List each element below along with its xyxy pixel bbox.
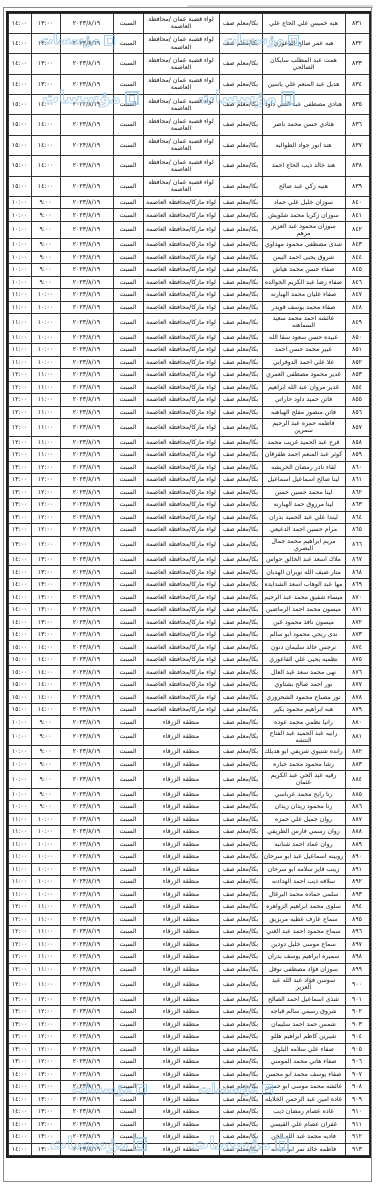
day: السبت: [113, 1131, 143, 1144]
row-number: ٨٤١: [345, 209, 369, 222]
candidate-name: هند انور جواد الطوالبه: [262, 135, 345, 155]
table-row: ٨٩١زينب فايز سلامه ابو سرحانبكا/معلم صفم…: [8, 863, 369, 876]
time-to: ١٤:٠٠: [8, 74, 31, 94]
district: لواء ماركا/محافظة العاصمة: [143, 653, 219, 666]
time-to: ١٣:٠٠: [8, 993, 31, 1006]
day: السبت: [113, 74, 143, 94]
time-from: ١٠:٠٠: [31, 813, 60, 826]
table-row: ٩٠٢شروق رسمي سالم قباجهبكا/معلم صفمنطقة …: [8, 1006, 369, 1019]
qualification: بكا/معلم صف: [219, 369, 262, 382]
time-to: ١٥:٠٠: [8, 176, 31, 196]
qualification: بكا/معلم صف: [219, 54, 262, 74]
row-number: ٨٣٣: [345, 54, 369, 74]
qualification: بكا/معلم صف: [219, 156, 262, 176]
district: لواء ماركا/محافظة العاصمة: [143, 314, 219, 331]
candidate-name: سماح عارف عطيه مربزيق: [262, 913, 345, 926]
row-number: ٨٦٣: [345, 499, 369, 512]
day: السبت: [113, 524, 143, 537]
table-row: ٨٣٩هنيه زكي عبد صالحبكا/معلم صفلواء قصبة…: [8, 176, 369, 196]
district: منطقة الزرقاء: [143, 746, 219, 759]
qualification: بكا/معلم صف: [219, 524, 262, 537]
row-number: ٩٠٩: [345, 1093, 369, 1106]
table-row: ٨٧٩هبه ابراهيم محمود بكيربكا/معلم صفلواء…: [8, 703, 369, 716]
time-from: ١٢:٠٠: [31, 1056, 60, 1069]
row-number: ٨٦٢: [345, 486, 369, 499]
candidate-name: مرام حسين احمد الدعيعي: [262, 524, 345, 537]
table-row: ٨٦٧ملاك اسعد عبد الخالق حواسبكا/معلم صفل…: [8, 553, 369, 566]
qualification: بكا/معلم صف: [219, 678, 262, 691]
qualification: بكا/معلم صف: [219, 95, 262, 115]
interview-date: ٢٠٢٣/٨/١٩: [60, 381, 113, 394]
interview-date: ٢٠٢٣/٨/١٩: [60, 499, 113, 512]
time-to: ١٤:٠٠: [8, 578, 31, 591]
row-number: ٨٩٧: [345, 938, 369, 951]
district: لواء قصبة عمان /محافظة العاصمة: [143, 176, 219, 196]
interview-date: ٢٠٢٣/٨/١٩: [60, 331, 113, 344]
qualification: بكا/معلم صف: [219, 746, 262, 759]
qualification: بكا/معلم صف: [219, 301, 262, 314]
day: السبت: [113, 419, 143, 436]
time-from: ١٣:٠٠: [31, 1118, 60, 1131]
interview-date: ٢٠٢٣/٨/١٩: [60, 666, 113, 679]
district: منطقة الزرقاء: [143, 1068, 219, 1081]
candidate-name: صفاء رضا عبد الكريم الخوالده: [262, 276, 345, 289]
qualification: بكا/معلم صف: [219, 209, 262, 222]
table-row: ٨٩٧سماح موسى خليل دودينبكا/معلم صفمنطقة …: [8, 938, 369, 951]
qualification: بكا/معلم صف: [219, 239, 262, 252]
qualification: بكا/معلم صف: [219, 13, 262, 33]
time-to: ١٤:٠٠: [8, 553, 31, 566]
time-from: ١٠:٠٠: [31, 289, 60, 302]
day: السبت: [113, 486, 143, 499]
time-to: ١٣:٠٠: [8, 511, 31, 524]
qualification: بكا/معلم صف: [219, 578, 262, 591]
candidate-name: ميسون نافذ محمود غبن: [262, 616, 345, 629]
day: السبت: [113, 641, 143, 654]
interview-date: ٢٠٢٣/٨/١٩: [60, 449, 113, 462]
qualification: بكا/معلم صف: [219, 406, 262, 419]
candidate-name: هبه عمر صالح الناعوري: [262, 33, 345, 53]
district: لواء ماركا/محافظة العاصمة: [143, 666, 219, 679]
table-row: ٨٣٢هبه عمر صالح الناعوريبكا/معلم صفلواء …: [8, 33, 369, 53]
interview-date: ٢٠٢٣/٨/١٩: [60, 1056, 113, 1069]
time-to: ١٢:٠٠: [8, 913, 31, 926]
time-to: ١٣:٠٠: [8, 536, 31, 553]
time-to: ١٤:٠٠: [8, 603, 31, 616]
district: لواء ماركا/محافظة العاصمة: [143, 301, 219, 314]
interview-date: ٢٠٢٣/٨/١٩: [60, 616, 113, 629]
candidate-name: عبيده حسن سعود سقا الله: [262, 331, 345, 344]
time-to: ١٢:٠٠: [8, 976, 31, 993]
table-row: ٨٣٥هنادي مصطفى عبد الغني داودبكا/معلم صف…: [8, 95, 369, 115]
day: السبت: [113, 746, 143, 759]
time-from: ١٢:٠٠: [31, 993, 60, 1006]
qualification: بكا/معلم صف: [219, 1006, 262, 1019]
qualification: بكا/معلم صف: [219, 976, 262, 993]
candidate-name: شروق يحيى احمد اليمن: [262, 251, 345, 264]
time-from: ١٢:٠٠: [31, 461, 60, 474]
day: السبت: [113, 474, 143, 487]
district: منطقة الزرقاء: [143, 788, 219, 801]
day: السبت: [113, 553, 143, 566]
candidate-name: غفران عصام علي القيسي: [262, 1118, 345, 1131]
candidate-name: ندى ربحي محمود ابو سالم: [262, 628, 345, 641]
district: منطقة الزرقاء: [143, 901, 219, 914]
district: لواء ماركا/محافظة العاصمة: [143, 264, 219, 277]
row-number: ٨٥٨: [345, 436, 369, 449]
district: منطقة الزرقاء: [143, 1006, 219, 1019]
table-row: ٨٤٣شذى مصطفى محمود مهداويبكا/معلم صفلواء…: [8, 239, 369, 252]
table-row: ٨٤٧صفاء عليان محمد الهبارنهبكا/معلم صفلو…: [8, 289, 369, 302]
time-to: ١٠:٠٠: [8, 264, 31, 277]
interview-date: ٢٠٢٣/٨/١٩: [60, 716, 113, 729]
candidate-name: همت عبد المطلب سايكان الصالحي: [262, 54, 345, 74]
qualification: بكا/معلم صف: [219, 653, 262, 666]
qualification: بكا/معلم صف: [219, 591, 262, 604]
row-number: ٨٤٧: [345, 289, 369, 302]
interview-date: ٢٠٢٣/٨/١٩: [60, 963, 113, 976]
candidate-name: هند خالد ذيب الحاج احمد: [262, 156, 345, 176]
time-to: ١٢:٠٠: [8, 951, 31, 964]
interview-date: ٢٠٢٣/٨/١٩: [60, 1093, 113, 1106]
interview-date: ٢٠٢٣/٨/١٩: [60, 301, 113, 314]
candidate-name: شيرين كاظم ابراهيم هللو: [262, 1031, 345, 1044]
time-from: ١٣:٠٠: [31, 553, 60, 566]
qualification: بكا/معلم صف: [219, 993, 262, 1006]
district: لواء قصبة عمان /محافظة العاصمة: [143, 135, 219, 155]
interview-date: ٢٠٢٣/٨/١٩: [60, 678, 113, 691]
qualification: بكا/معلم صف: [219, 1043, 262, 1056]
district: لواء قصبة عمان /محافظة العاصمة: [143, 74, 219, 94]
interview-date: ٢٠٢٣/٨/١٩: [60, 536, 113, 553]
interview-date: ٢٠٢٣/٨/١٩: [60, 913, 113, 926]
interview-date: ٢٠٢٣/٨/١٩: [60, 264, 113, 277]
district: منطقة الزرقاء: [143, 826, 219, 839]
qualification: بكا/معلم صف: [219, 1093, 262, 1106]
candidate-name: فاتن حميد داود حاراتي: [262, 394, 345, 407]
time-from: ١٣:٠٠: [31, 13, 60, 33]
time-to: ١٠:٠٠: [8, 196, 31, 209]
table-row: ٨٣٨هند خالد ذيب الحاج احمدبكا/معلم صفلوا…: [8, 156, 369, 176]
district: منطقة الزرقاء: [143, 851, 219, 864]
table-row: ٨٩٢سلافه ذيب احمد الهدادنهبكا/معلم صفمنط…: [8, 876, 369, 889]
table-row: ٨٣٣همت عبد المطلب سايكان الصالحيبكا/معلم…: [8, 54, 369, 74]
district: لواء ماركا/محافظة العاصمة: [143, 678, 219, 691]
interview-date: ٢٠٢٣/٨/١٩: [60, 566, 113, 579]
time-from: ١١:٠٠: [31, 963, 60, 976]
table-row: ٨٦٣لينا مرزوق حمد الهبارنهبكا/معلم صفلوا…: [8, 499, 369, 512]
table-row: ٨٧٨نور مصباح محمود الشحروريبكا/معلم صفلو…: [8, 691, 369, 704]
qualification: بكا/معلم صف: [219, 1081, 262, 1094]
candidate-name: روبينه اسماعيل عبد ابو سرحان: [262, 851, 345, 864]
table-row: ٨٧٠ميساء شفيق محمد عبد الرحيمبكا/معلم صف…: [8, 591, 369, 604]
qualification: بكا/معلم صف: [219, 276, 262, 289]
row-number: ٨٥٥: [345, 394, 369, 407]
interview-date: ٢٠٢٣/٨/١٩: [60, 1018, 113, 1031]
candidate-name: فاطمه خالد نمر ابو عيشه: [262, 1143, 345, 1156]
row-number: ٨٤٨: [345, 301, 369, 314]
qualification: بكا/معلم صف: [219, 461, 262, 474]
candidate-name: رانيه عبد الحميد عبد الفتاح النتشه: [262, 728, 345, 745]
row-number: ٨٧٦: [345, 666, 369, 679]
row-number: ٨٤٦: [345, 276, 369, 289]
row-number: ٩٠٥: [345, 1043, 369, 1056]
district: منطقة الزرقاء: [143, 938, 219, 951]
table-row: ٨٥١عبير محمد حسن احمدبكا/معلم صفلواء مار…: [8, 344, 369, 357]
time-from: ١١:٠٠: [31, 901, 60, 914]
qualification: بكا/معلم صف: [219, 788, 262, 801]
row-number: ٨٩٢: [345, 876, 369, 889]
day: السبت: [113, 156, 143, 176]
day: السبت: [113, 1018, 143, 1031]
table-row: ٨٥٩كوثر عبد المنعم احمد طقزقانبكا/معلم ص…: [8, 449, 369, 462]
day: السبت: [113, 1056, 143, 1069]
candidate-name: عائشه محمد موسى ابو حسين: [262, 1081, 345, 1094]
candidate-name: صفاء يوسف محمد ابو محسن: [262, 1068, 345, 1081]
time-from: ١٠:٠٠: [31, 331, 60, 344]
interview-date: ٢٠٢٣/٨/١٩: [60, 1118, 113, 1131]
qualification: بكا/معلم صف: [219, 486, 262, 499]
district: منطقة الزرقاء: [143, 1093, 219, 1106]
district: لواء ماركا/محافظة العاصمة: [143, 369, 219, 382]
table-row: ٨٨٦رنا محمود زيدان زيدانبكا/معلم صفمنطقة…: [8, 801, 369, 814]
time-from: ١٤:٠٠: [31, 156, 60, 176]
district: منطقة الزرقاء: [143, 716, 219, 729]
day: السبت: [113, 628, 143, 641]
row-number: ٨٩٩: [345, 963, 369, 976]
day: السبت: [113, 381, 143, 394]
row-number: ٨٥١: [345, 344, 369, 357]
time-to: ١٥:٠٠: [8, 703, 31, 716]
qualification: بكا/معلم صف: [219, 863, 262, 876]
qualification: بكا/معلم صف: [219, 926, 262, 939]
candidate-name: صفاء حسن محمد هياش: [262, 264, 345, 277]
day: السبت: [113, 993, 143, 1006]
interview-date: ٢٠٢٣/٨/١٩: [60, 13, 113, 33]
day: السبت: [113, 369, 143, 382]
qualification: بكا/معلم صف: [219, 1131, 262, 1144]
time-from: ١١:٠٠: [31, 913, 60, 926]
time-to: ١١:٠٠: [8, 851, 31, 864]
row-number: ٨٤٤: [345, 251, 369, 264]
schedule-rows: ٨٣١هبه خميس علي الحاج عليبكا/معلم صفلواء…: [8, 13, 369, 1156]
candidate-name: هبه خميس علي الحاج علي: [262, 13, 345, 33]
time-to: ١٤:٠٠: [8, 628, 31, 641]
district: منطقة الزرقاء: [143, 801, 219, 814]
day: السبت: [113, 536, 143, 553]
row-number: ٨٨٤: [345, 771, 369, 788]
row-number: ٨٧٤: [345, 641, 369, 654]
candidate-name: نهى محمد سعد عبد العال: [262, 666, 345, 679]
row-number: ٨٥٢: [345, 356, 369, 369]
table-row: ٨٩٦سماح محمود احمد عبد الغنيبكا/معلم صفم…: [8, 926, 369, 939]
time-from: ٩:٠٠: [31, 728, 60, 745]
day: السبت: [113, 314, 143, 331]
candidate-name: فاتن منصور مفلح الهباهبه: [262, 406, 345, 419]
district: لواء ماركا/محافظة العاصمة: [143, 289, 219, 302]
qualification: بكا/معلم صف: [219, 963, 262, 976]
time-to: ١١:٠٠: [8, 863, 31, 876]
district: لواء ماركا/محافظة العاصمة: [143, 511, 219, 524]
table-row: ٨٦٨منار ضيف الله نويران الهدبانبكا/معلم …: [8, 566, 369, 579]
interview-date: ٢٠٢٣/٨/١٩: [60, 641, 113, 654]
table-row: ٩٠٧صفاء يوسف محمد ابو محسنبكا/معلم صفمنط…: [8, 1068, 369, 1081]
time-from: ١٠:٠٠: [31, 863, 60, 876]
time-to: ١١:٠٠: [8, 331, 31, 344]
candidate-name: عائشه احمد محمد سعيد السماهنه: [262, 314, 345, 331]
day: السبت: [113, 963, 143, 976]
row-number: ٨٥٦: [345, 406, 369, 419]
table-row: ٨٩٨سميره ابراهيم يوسف بدرانبكا/معلم صفمن…: [8, 951, 369, 964]
candidate-name: علا علي احمد الدوقراني: [262, 356, 345, 369]
time-from: ١٣:٠٠: [31, 616, 60, 629]
qualification: بكا/معلم صف: [219, 536, 262, 553]
row-number: ٨٩٠: [345, 851, 369, 864]
interview-date: ٢٠٢٣/٨/١٩: [60, 888, 113, 901]
district: منطقة الزرقاء: [143, 876, 219, 889]
row-number: ٨٦٦: [345, 536, 369, 553]
time-to: ١٢:٠٠: [8, 901, 31, 914]
interview-date: ٢٠٢٣/٨/١٩: [60, 1031, 113, 1044]
candidate-name: سماح موسى خليل دودين: [262, 938, 345, 951]
interview-date: ٢٠٢٣/٨/١٩: [60, 703, 113, 716]
candidate-name: غدير مروان عبد الله ابراهيم: [262, 381, 345, 394]
interview-date: ٢٠٢٣/٨/١٩: [60, 474, 113, 487]
table-row: ٩١٠غاده عصام رمضان ذيببكا/معلم صفمنطقة ا…: [8, 1106, 369, 1119]
row-number: ٩١٢: [345, 1131, 369, 1144]
time-to: ١٠:٠٠: [8, 209, 31, 222]
qualification: بكا/معلم صف: [219, 771, 262, 788]
table-row: ٨٦٢لينا محمد حسين حسنبكا/معلم صفلواء مار…: [8, 486, 369, 499]
time-from: ١١:٠٠: [31, 381, 60, 394]
time-from: ١٣:٠٠: [31, 1068, 60, 1081]
row-number: ٨٨٠: [345, 716, 369, 729]
qualification: بكا/معلم صف: [219, 196, 262, 209]
interview-date: ٢٠٢٣/٨/١٩: [60, 578, 113, 591]
table-row: ٨٩٩سوزان فؤاد مصطفى نوفلبكا/معلم صفمنطقة…: [8, 963, 369, 976]
row-number: ٨٣٦: [345, 115, 369, 135]
interview-date: ٢٠٢٣/٨/١٩: [60, 486, 113, 499]
row-number: ٨٦٨: [345, 566, 369, 579]
interview-date: ٢٠٢٣/٨/١٩: [60, 951, 113, 964]
time-from: ١٤:٠٠: [31, 653, 60, 666]
qualification: بكا/معلم صف: [219, 553, 262, 566]
table-row: ٩١١غفران عصام علي القيسيبكا/معلم صفمنطقة…: [8, 1118, 369, 1131]
row-number: ٨٥٩: [345, 449, 369, 462]
row-number: ٨٧٠: [345, 591, 369, 604]
time-to: ١٣:٠٠: [8, 474, 31, 487]
row-number: ٨٣٧: [345, 135, 369, 155]
day: السبت: [113, 344, 143, 357]
day: السبت: [113, 264, 143, 277]
qualification: بكا/معلم صف: [219, 876, 262, 889]
day: السبت: [113, 566, 143, 579]
interview-date: ٢٠٢٣/٨/١٩: [60, 691, 113, 704]
table-row: ٨٤٦صفاء رضا عبد الكريم الخوالدهبكا/معلم …: [8, 276, 369, 289]
row-number: ٨٨٨: [345, 826, 369, 839]
time-to: ١٥:٠٠: [8, 135, 31, 155]
interview-date: ٢٠٢٣/٨/١٩: [60, 524, 113, 537]
interview-date: ٢٠٢٣/٨/١٩: [60, 771, 113, 788]
interview-date: ٢٠٢٣/٨/١٩: [60, 511, 113, 524]
day: السبت: [113, 703, 143, 716]
candidate-name: روان عماد احمد شنانبه: [262, 838, 345, 851]
district: لواء ماركا/محافظة العاصمة: [143, 331, 219, 344]
time-to: ١٢:٠٠: [8, 449, 31, 462]
row-number: ٨٨٢: [345, 746, 369, 759]
table-row: ٨٩٥سماح عارف عطيه مربزيقبكا/معلم صفمنطقة…: [8, 913, 369, 926]
time-from: ١٤:٠٠: [31, 135, 60, 155]
interview-date: ٢٠٢٣/٨/١٩: [60, 758, 113, 771]
district: لواء ماركا/محافظة العاصمة: [143, 251, 219, 264]
interview-date: ٢٠٢٣/٨/١٩: [60, 176, 113, 196]
candidate-name: زينب فايز سلامه ابو سرحان: [262, 863, 345, 876]
qualification: بكا/معلم صف: [219, 474, 262, 487]
time-to: ١٤:٠٠: [8, 1143, 31, 1156]
time-from: ١٢:٠٠: [31, 1018, 60, 1031]
district: لواء ماركا/محافظة العاصمة: [143, 276, 219, 289]
row-number: ٩٠٨: [345, 1081, 369, 1094]
table-row: ٨٥٢علا علي احمد الدوقرانيبكا/معلم صفلواء…: [8, 356, 369, 369]
qualification: بكا/معلم صف: [219, 115, 262, 135]
interview-date: ٢٠٢٣/٨/١٩: [60, 369, 113, 382]
candidate-name: سوزان فؤاد مصطفى نوفل: [262, 963, 345, 976]
time-from: ١٠:٠٠: [31, 838, 60, 851]
table-row: ٩٠٦صفاء هاني محمد المومنيبكا/معلم صفمنطق…: [8, 1056, 369, 1069]
table-row: ٨٦٩مها عبد الوهاب اسعد الشدايدهبكا/معلم …: [8, 578, 369, 591]
interview-date: ٢٠٢٣/٨/١٩: [60, 436, 113, 449]
interview-date: ٢٠٢٣/٨/١٩: [60, 746, 113, 759]
candidate-name: مها عبد الوهاب اسعد الشدايده: [262, 578, 345, 591]
row-number: ٨٨٩: [345, 838, 369, 851]
candidate-name: شمس حمد احمد سليمان: [262, 1018, 345, 1031]
qualification: بكا/معلم صف: [219, 394, 262, 407]
qualification: بكا/معلم صف: [219, 913, 262, 926]
district: منطقة الزرقاء: [143, 1081, 219, 1094]
district: لواء ماركا/محافظة العاصمة: [143, 566, 219, 579]
row-number: ٩٠٣: [345, 1018, 369, 1031]
day: السبت: [113, 406, 143, 419]
time-to: ١١:٠٠: [8, 301, 31, 314]
candidate-name: رانيا نظمي محمد عوده: [262, 716, 345, 729]
qualification: بكا/معلم صف: [219, 419, 262, 436]
interview-date: ٢٠٢٣/٨/١٩: [60, 788, 113, 801]
day: السبت: [113, 1081, 143, 1094]
time-from: ١٠:٠٠: [31, 344, 60, 357]
time-to: ١٣:٠٠: [8, 499, 31, 512]
time-from: ١٤:٠٠: [31, 95, 60, 115]
row-number: ٩١٣: [345, 1143, 369, 1156]
table-row: ٨٩٣سلمى حماده محمد البرغالبكا/معلم صفمنط…: [8, 888, 369, 901]
time-from: ١٢:٠٠: [31, 524, 60, 537]
table-row: ٨٦٠لقاء نادر رمضان الخريشهبكا/معلم صفلوا…: [8, 461, 369, 474]
district: لواء ماركا/محافظة العاصمة: [143, 524, 219, 537]
qualification: بكا/معلم صف: [219, 251, 262, 264]
interview-date: ٢٠٢٣/٨/١٩: [60, 33, 113, 53]
day: السبت: [113, 876, 143, 889]
time-from: ٩:٠٠: [31, 788, 60, 801]
day: السبت: [113, 331, 143, 344]
qualification: بكا/معلم صف: [219, 566, 262, 579]
table-row: ٨٧٦نهى محمد سعد عبد العالبكا/معلم صفلواء…: [8, 666, 369, 679]
district: منطقة الزرقاء: [143, 1031, 219, 1044]
row-number: ٨٤٠: [345, 196, 369, 209]
candidate-name: سميره ابراهيم يوسف بدران: [262, 951, 345, 964]
time-to: ١٢:٠٠: [8, 963, 31, 976]
district: لواء ماركا/محافظة العاصمة: [143, 239, 219, 252]
day: السبت: [113, 826, 143, 839]
table-row: ٨٣٤هديل عبد المنعم علي ياسينبكا/معلم صفل…: [8, 74, 369, 94]
